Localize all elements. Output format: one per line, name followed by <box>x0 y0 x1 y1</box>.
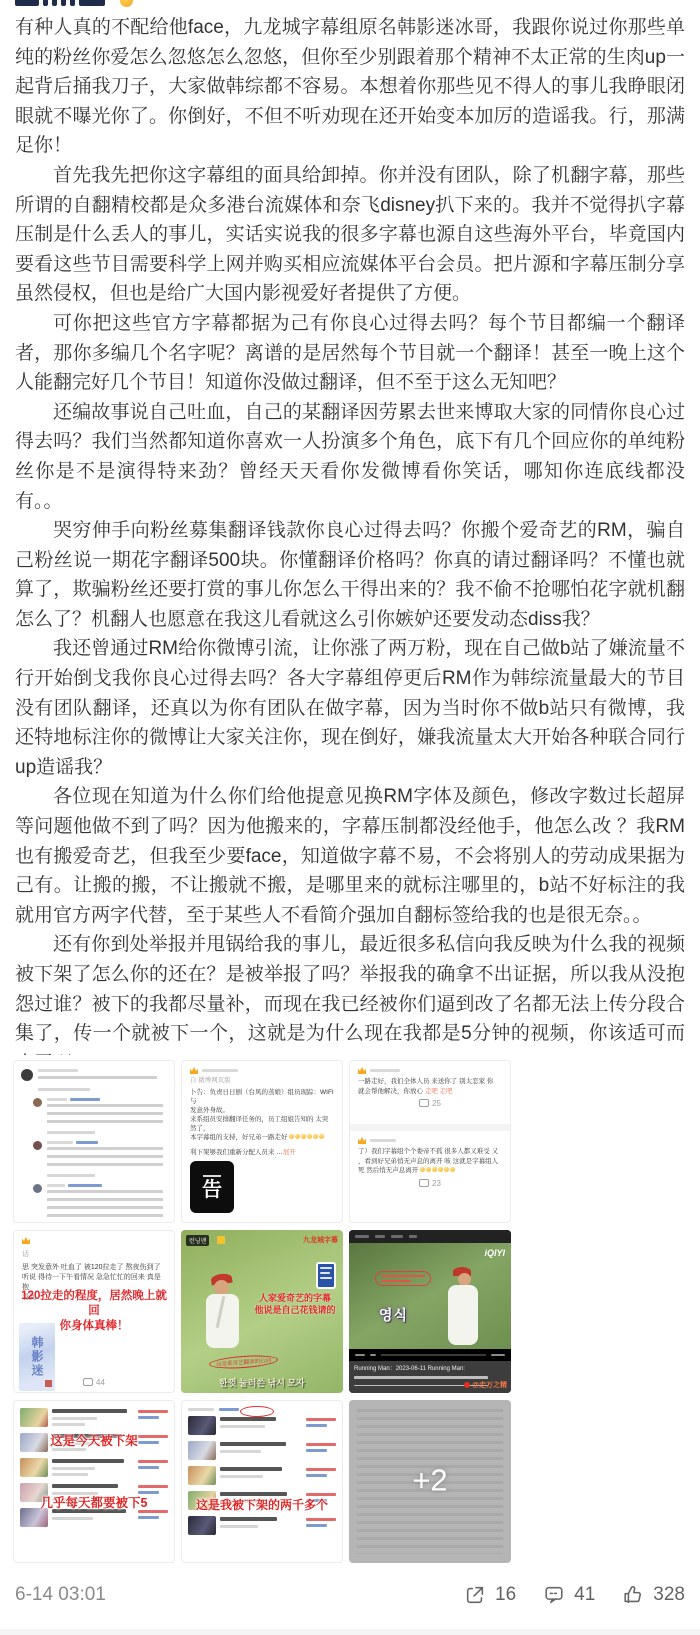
text-placeholder <box>47 1131 95 1134</box>
avatar <box>21 1069 33 1081</box>
text-placeholder <box>203 1175 221 1177</box>
avatar <box>33 1098 42 1107</box>
author-name-fragment <box>70 0 75 6</box>
post-paragraph: 还编故事说自己吐血，自己的某翻译因劳累去世来博取大家的同情你良心过得去吗？我们当… <box>15 398 685 516</box>
video-list-row <box>188 1416 336 1435</box>
road-sign <box>316 1262 336 1289</box>
share-count: 16 <box>495 1584 516 1606</box>
sick-text-line: 思 突发意外 吐血了 被120拉走了 熬夜伤到了 <box>22 1263 166 1273</box>
crying-emoji <box>420 1167 425 1172</box>
farewell-text-line: ，看到好兄弟悄无声息的离开 咳 这就是字幕组人 <box>358 1157 502 1167</box>
video-frame: iQIYI 영식 <box>349 1243 511 1349</box>
crying-emoji <box>301 1134 306 1139</box>
person-head <box>214 1280 229 1295</box>
video-list-row <box>20 1458 168 1477</box>
crying-emoji <box>438 1167 443 1172</box>
text-placeholder <box>202 1069 238 1072</box>
text-placeholder <box>38 1069 78 1072</box>
red-outline-note <box>375 1271 431 1286</box>
page-divider <box>0 1629 700 1635</box>
text-placeholder <box>38 1088 90 1091</box>
video-list-row <box>188 1466 336 1485</box>
red-overlay-text: 几乎每天都要被下5 <box>14 1493 174 1511</box>
weibo-eye-icon <box>464 1382 470 1388</box>
show-logo: 런닝맨 <box>186 1235 209 1246</box>
post-paragraph: 还有你到处举报并甩锅给我的事儿，最近很多私信向我反映为什么我的视频被下架了怎么你… <box>15 930 685 1055</box>
crown-icon <box>22 1237 30 1244</box>
video-thumbnail <box>20 1408 48 1427</box>
red-accusation-text: 人家爱奇艺的字幕 他说是自己花钱请的 <box>249 1292 341 1316</box>
post-paragraph: 首先我先把你这字幕组的面具给卸掉。你并没有团队，除了机翻字幕，那些所谓的自翻精校… <box>15 161 685 309</box>
video-title: Running Man：2023-06-11 Running Man: <box>354 1366 465 1372</box>
more-images-overlay: +2 <box>412 1462 447 1498</box>
post-author-row-cropped <box>15 0 675 13</box>
text-placeholder <box>47 1190 163 1222</box>
comment-bubble-icon <box>83 1378 93 1386</box>
crying-emoji <box>450 1167 455 1172</box>
like-button[interactable]: 328 <box>622 1584 685 1606</box>
farewell-text-line: 一路走好，我们全体人员 来送你了 别太恋家 你 <box>358 1077 502 1087</box>
farewell-text-line: 就会帮他解决，你放心 走吧 走吧 <box>358 1087 502 1097</box>
browser-tab-bar <box>349 1230 511 1243</box>
comment-row <box>21 1141 167 1177</box>
comment-icon <box>543 1584 565 1606</box>
evidence-image-sickness-post[interactable]: 话 思 突发意外 吐血了 被120拉走了 熬夜伤到了 听说 得待一下午看情况 急… <box>13 1230 175 1393</box>
post-body: 有种人真的不配给他face，九龙城字幕组原名韩影迷冰哥，我跟你说过你那些单纯的粉… <box>15 13 685 1055</box>
crown-icon <box>358 1067 366 1074</box>
obituary-text-line: 发意外身故。 <box>190 1106 334 1115</box>
video-thumbnail <box>188 1466 216 1485</box>
evidence-image-more[interactable]: +2 <box>349 1400 511 1563</box>
comment-row <box>21 1184 167 1223</box>
farewell-text-line: 死 然后悄无声息离开 <box>358 1166 502 1176</box>
video-thumbnail <box>188 1416 216 1435</box>
obituary-notice-image: 告 <box>190 1161 234 1213</box>
video-thumbnail <box>188 1441 216 1460</box>
evidence-image-takedown-today[interactable]: 这是今天被下架 几乎每天都要被下5 <box>13 1400 175 1563</box>
video-list-row <box>20 1408 168 1427</box>
person-body <box>448 1285 478 1345</box>
red-overlay-text: 这是今天被下架 <box>14 1431 174 1449</box>
red-circle-note: 这是爱奇艺翻译的台词 <box>209 1354 279 1371</box>
obituary-text-line: 本字幕组的支持，好兄弟一路走好 <box>190 1133 334 1142</box>
comment-count: 41 <box>574 1584 595 1606</box>
farewell-card: 了）我们字幕组个个娄帝不孤 很多人都又难受 又 ，看到好兄弟悄无声息的离开 咳 … <box>350 1131 510 1195</box>
author-name-fragment <box>43 0 48 6</box>
comment-button[interactable]: 41 <box>543 1584 595 1606</box>
share-button[interactable]: 16 <box>464 1584 516 1606</box>
comment-count: 44 <box>14 1378 174 1389</box>
text-placeholder <box>370 1139 396 1142</box>
crying-emoji <box>307 1134 312 1139</box>
comment-count: 25 <box>358 1099 502 1110</box>
evidence-image-video-frame[interactable]: 런닝맨 九龙城字幕 人家爱奇艺的字幕 他说是自己花钱请的 这是爱奇艺翻译的台词 … <box>181 1230 343 1393</box>
text-placeholder <box>38 1076 157 1084</box>
author-name-fragment <box>61 0 66 6</box>
korean-subtitle: 영식 <box>379 1305 408 1325</box>
share-icon <box>464 1584 486 1606</box>
red-overlay-text: 这是我被下架的两千多个 <box>182 1496 342 1513</box>
like-count: 328 <box>653 1584 685 1606</box>
red-circle-annotation <box>240 1406 274 1417</box>
text-placeholder <box>47 1174 95 1177</box>
evidence-image-grid: 自 微博网页版 卜告：负责日日剧（台风的蒸娘）组员现踪：WIFI 与 发意外身故… <box>13 1060 511 1563</box>
author-name-fragment <box>79 0 105 6</box>
comment-row <box>21 1069 167 1091</box>
avatar <box>33 1141 42 1150</box>
farewell-card: 一路走好，我们全体人员 来送你了 别太恋家 你 就会帮他解决，你放心 走吧 走吧… <box>350 1061 510 1131</box>
iqiyi-logo: iQIYI <box>484 1248 505 1258</box>
farewell-text-line: 了）我们字幕组个个娄帝不孤 很多人都又难受 又 <box>358 1147 502 1157</box>
post-paragraph: 我还曾通过RM给你微博引流，让你涨了两万粉，现在自己做b站了嫌流量不行开始倒戈我… <box>15 634 685 782</box>
post-paragraph: 各位现在知道为什么你们给他提意见换RM字体及颜色，修改字数过长超屏等问题他做不到… <box>15 782 685 930</box>
post-paragraph: 可你把这些官方字幕都据为己有你良心过得去吗？每个节目都编一个翻译者，那你多编几个… <box>15 309 685 398</box>
video-thumbnail <box>20 1458 48 1477</box>
video-title-area: Running Man：2023-06-11 Running Man: @走万之… <box>349 1361 511 1393</box>
comment-count: 23 <box>358 1179 502 1190</box>
yellow-tag-icon <box>217 1236 225 1244</box>
crown-icon <box>190 1067 198 1074</box>
text-placeholder <box>47 1104 163 1128</box>
post-timestamp: 6-14 03:01 <box>15 1584 106 1606</box>
obituary-character: 告 <box>202 1180 222 1200</box>
crying-emoji <box>426 1167 431 1172</box>
comment-bubble-icon <box>419 1179 429 1187</box>
crying-emoji <box>313 1134 318 1139</box>
obituary-text-line: 来系组员安排翻译任务的，员工组姐告知的 太突然了， <box>190 1115 334 1133</box>
expand-link: 展开 <box>283 1149 296 1156</box>
evidence-image-comments[interactable] <box>13 1060 175 1223</box>
text-placeholder <box>47 1147 163 1171</box>
thumbs-up-icon <box>622 1584 644 1606</box>
text-placeholder <box>370 1069 400 1072</box>
evidence-image-obituary-post[interactable]: 自 微博网页版 卜告：负责日日剧（台风的蒸娘）组员现踪：WIFI 与 发意外身故… <box>181 1060 343 1223</box>
topic-tag: 话 <box>22 1250 166 1260</box>
post-paragraph: 有种人真的不配给他face，九龙城字幕组原名韩影迷冰哥，我跟你说过你那些单纯的粉… <box>15 13 685 161</box>
evidence-image-takedown-total[interactable]: 这是我被下架的两千多个 <box>181 1400 343 1563</box>
video-thumbnail <box>188 1516 216 1535</box>
post-source: 自 微博网页版 <box>190 1076 334 1085</box>
evidence-image-farewell-posts[interactable]: 一路走好，我们全体人员 来送你了 别太恋家 你 就会帮他解决，你放心 走吧 走吧… <box>349 1060 511 1223</box>
obituary-text-line: 利下架够我们重新分配人员来 …展开 <box>190 1148 334 1157</box>
weibo-watermark: @走万之精 <box>464 1381 507 1390</box>
weibo-post-detail: 有种人真的不配给他face，九龙城字幕组原名韩影迷冰哥，我跟你说过你那些单纯的粉… <box>0 0 700 1635</box>
evidence-image-iqiyi-player[interactable]: iQIYI 영식 Running Man：2023-06-11 Running … <box>349 1230 511 1393</box>
comment-bubble-icon <box>419 1099 429 1107</box>
emoji-icon <box>120 0 133 7</box>
video-list-row <box>188 1441 336 1460</box>
post-paragraph: 哭穷伸手向粉丝募集翻译钱款你良心过得去吗？你搬个爱奇艺的RM，骗自己粉丝说一期花… <box>15 516 685 634</box>
crying-emoji <box>432 1167 437 1172</box>
post-action-bar: 6-14 03:01 16 41 <box>15 1578 685 1612</box>
avatar <box>33 1184 42 1193</box>
video-list-row <box>188 1516 336 1535</box>
player-controls <box>349 1349 511 1361</box>
comment-row <box>21 1098 167 1134</box>
korean-subtitle: 한껏 눌러쓴 낚시 모자 <box>181 1376 343 1389</box>
corner-watermark: 九龙城字幕 <box>303 1235 338 1245</box>
crown-icon <box>358 1137 366 1144</box>
crying-emoji <box>289 1134 294 1139</box>
obituary-text-line: 卜告：负责日日剧（台风的蒸娘）组员现踪：WIFI 与 <box>190 1088 334 1106</box>
crying-emoji <box>319 1134 324 1139</box>
crying-emoji <box>295 1134 300 1139</box>
author-name-fragment <box>15 0 39 6</box>
author-name-fragment <box>52 0 57 6</box>
crying-emoji <box>444 1167 449 1172</box>
